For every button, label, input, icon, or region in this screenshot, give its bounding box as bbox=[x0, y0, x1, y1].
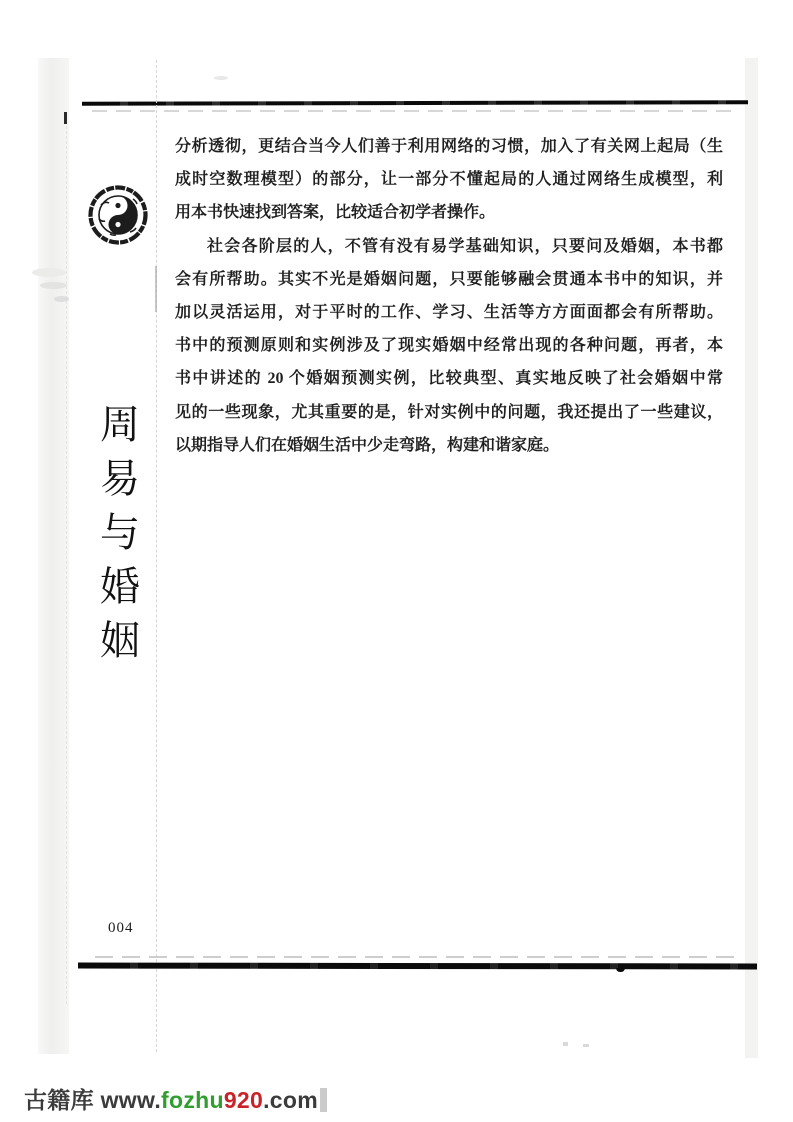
watermark-url-prefix: www. bbox=[94, 1087, 161, 1113]
body-line: 分析透彻，更结合当今人们善于利用网络的习惯，加入了有关网上起局（生 bbox=[175, 130, 723, 163]
book-title-char: 与 bbox=[94, 506, 146, 560]
site-watermark: 古籍库 www.fozhu920.com bbox=[24, 1082, 327, 1115]
watermark-url-suffix: .com bbox=[263, 1087, 318, 1113]
book-title-char: 姻 bbox=[94, 614, 146, 668]
scan-noise bbox=[40, 282, 67, 289]
scanned-book-page: 分析透彻，更结合当今人们善于利用网络的习惯，加入了有关网上起局（生 成时空数理模… bbox=[0, 0, 793, 1122]
scan-tick-mark bbox=[64, 112, 67, 124]
page-left-edge-shadow bbox=[38, 58, 69, 1054]
watermark-url-green: fozhu bbox=[161, 1087, 224, 1113]
scan-noise bbox=[583, 1044, 589, 1047]
scan-edge-line bbox=[66, 126, 67, 1004]
book-title-char: 易 bbox=[94, 452, 146, 506]
book-title-char: 婚 bbox=[94, 560, 146, 614]
taiji-dragon-seal-icon bbox=[86, 183, 150, 247]
gutter-fold-dark-segment bbox=[155, 266, 157, 312]
body-text-block: 分析透彻，更结合当今人们善于利用网络的习惯，加入了有关网上起局（生 成时空数理模… bbox=[175, 130, 723, 462]
gutter-fold-line bbox=[156, 60, 157, 1052]
header-rule bbox=[82, 100, 748, 105]
watermark-url-red: 920 bbox=[224, 1087, 263, 1113]
body-line: 会有所帮助。其实不光是婚姻问题，只要能够融会贯通本书中的知识，并 bbox=[175, 263, 723, 296]
body-line: 社会各阶层的人，不管有没有易学基础知识，只要问及婚姻，本书都 bbox=[175, 230, 723, 263]
body-line: 用本书快速找到答案，比较适合初学者操作。 bbox=[175, 196, 723, 229]
body-line: 见的一些现象，尤其重要的是，针对实例中的问题，我还提出了一些建议， bbox=[175, 396, 723, 429]
header-rule-scan-fuzz bbox=[92, 110, 740, 112]
page-number: 004 bbox=[108, 920, 134, 937]
scan-noise bbox=[563, 1042, 568, 1046]
footer-rule-scan-fuzz bbox=[95, 956, 741, 958]
footer-rule-nick bbox=[616, 968, 625, 972]
body-line: 书中讲述的 20 个婚姻预测实例，比较典型、真实地反映了社会婚姻中常 bbox=[175, 362, 723, 395]
scan-noise bbox=[54, 296, 69, 302]
body-line: 以期指导人们在婚姻生活中少走弯路，构建和谐家庭。 bbox=[175, 429, 723, 462]
body-line: 加以灵活运用，对于平时的工作、学习、生活等方方面面都会有所帮助。 bbox=[175, 296, 723, 329]
page-right-edge-shadow bbox=[745, 58, 758, 1058]
book-title-vertical: 周 易 与 婚 姻 bbox=[94, 398, 146, 668]
watermark-cursor-bar bbox=[320, 1088, 327, 1112]
body-line: 成时空数理模型）的部分，让一部分不懂起局的人通过网络生成模型，利 bbox=[175, 163, 723, 196]
watermark-library-name: 古籍库 bbox=[24, 1087, 94, 1113]
body-line: 书中的预测原则和实例涉及了现实婚姻中经常出现的各种问题，再者，本 bbox=[175, 329, 723, 362]
scan-noise bbox=[32, 268, 66, 277]
book-title-char: 周 bbox=[94, 398, 146, 452]
footer-rule bbox=[78, 963, 757, 970]
scan-noise bbox=[214, 76, 228, 80]
